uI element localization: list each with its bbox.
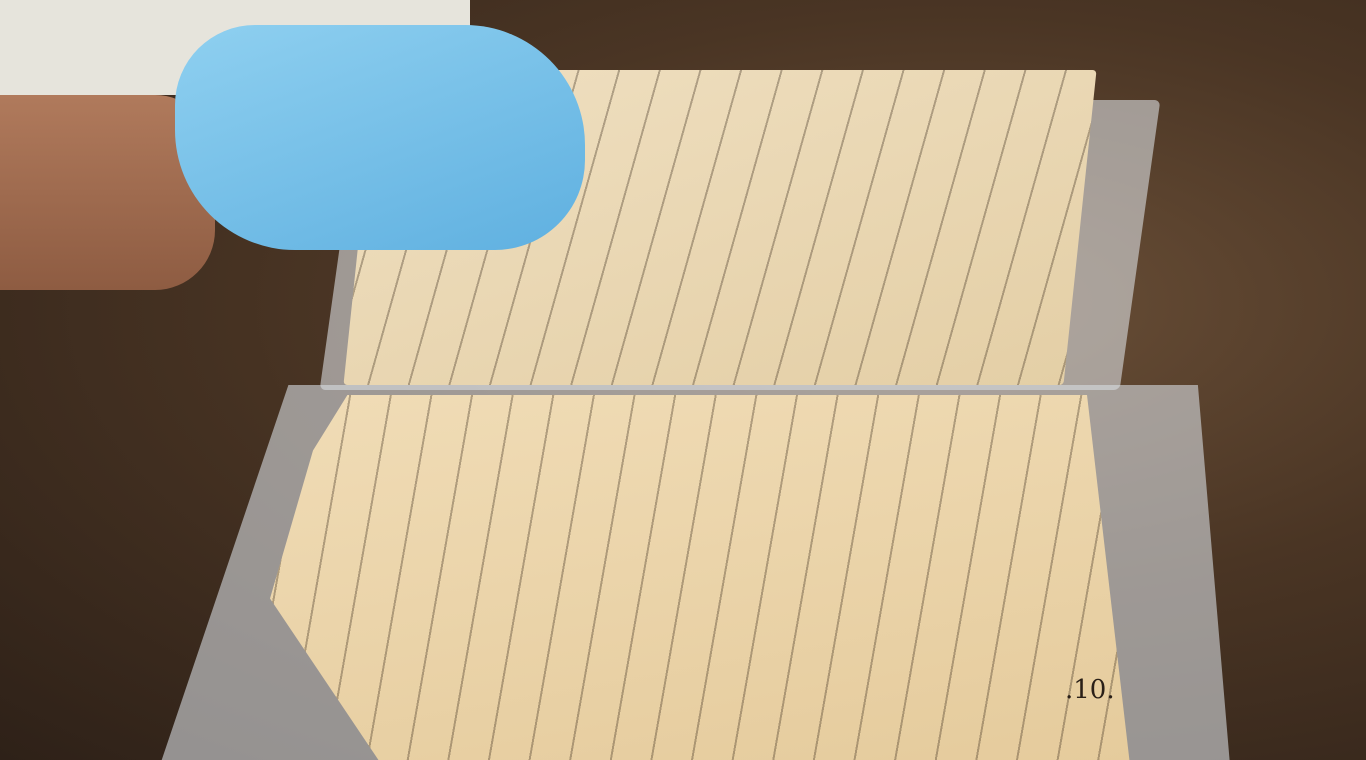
page-number: .10. [1065,675,1115,705]
manuscript-page-bottom [270,395,1130,760]
blue-gloved-hand [175,25,585,250]
